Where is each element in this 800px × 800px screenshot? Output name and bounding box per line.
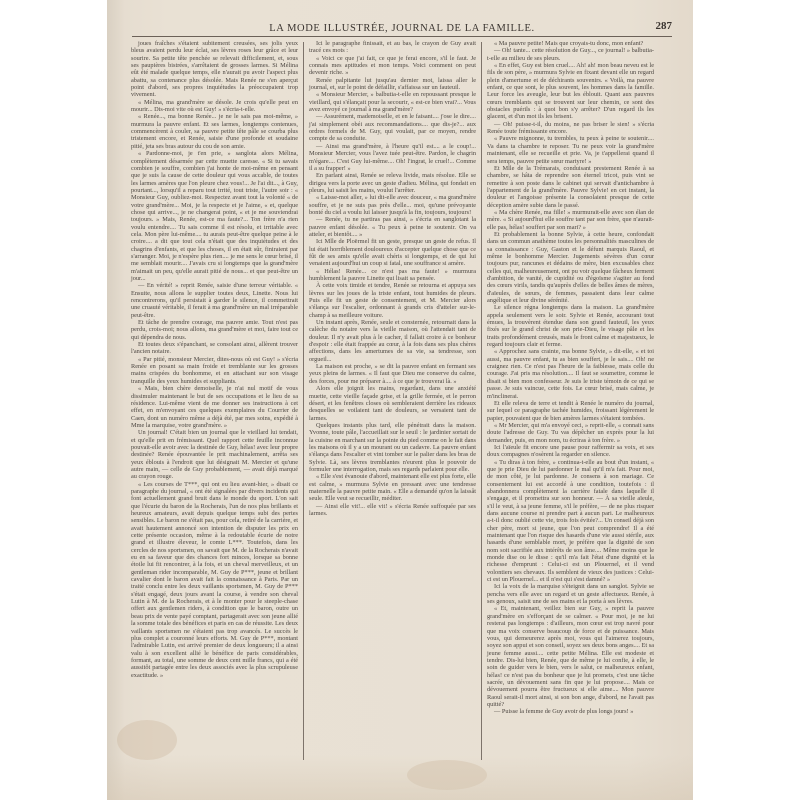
paragraph: — Assurément, mademoiselle, et en le fai…: [309, 113, 476, 142]
paragraph: Le silence régna longtemps dans la maiso…: [487, 304, 654, 348]
header-rule: [132, 36, 672, 37]
paragraph: Et tâche de prendre courage, ma pauvre a…: [131, 319, 298, 341]
page-header: LA MODE ILLUSTRÉE, JOURNAL DE LA FAMILLE…: [132, 18, 672, 36]
paragraph: Un journal! C'était bien un journal que …: [131, 429, 298, 480]
paragraph: « Et, maintenant, veillez bien sur Guy, …: [487, 605, 654, 708]
paragraph: « Pauvre mignonne, tu trembles, tu peux …: [487, 135, 654, 164]
column-2: Ici le paragraphe finissait, et au bas, …: [306, 40, 479, 760]
paragraph: « Monsieur Mercier, » balbutia-t-elle en…: [309, 91, 476, 113]
paragraph: « Mais, bien chère demoiselle, je n'ai n…: [131, 385, 298, 429]
paragraph: Et probablement la bonne Sylvie, à cette…: [487, 231, 654, 304]
page-number: 287: [656, 20, 673, 32]
paragraph: joues fraîches s'étaient subitement creu…: [131, 40, 298, 99]
paragraph: « Renée..., ma bonne Renée... je ne le s…: [131, 113, 298, 150]
paragraph: — Oh! tante... cette résolution de Guy..…: [487, 47, 654, 62]
paragraph: « Hélas! Renée... ce n'est pas ma faute!…: [309, 268, 476, 283]
paragraph: « En effet, Guy est bien cruel.... Ah! a…: [487, 62, 654, 121]
paragraph: « Elle s'est évanouie d'abord, maintenan…: [309, 473, 476, 502]
paragraph: « Pardonne-moi, je t'en prie, » sanglota…: [131, 150, 298, 282]
paragraph: — Ainsi ma grand'mère, à l'heure qu'il e…: [309, 143, 476, 172]
paragraph: La maison est proche, » se dit la pauvre…: [309, 363, 476, 385]
column-divider: [303, 42, 304, 760]
paragraph: Ici la voix de la marquise s'éteignit da…: [487, 583, 654, 605]
running-title: LA MODE ILLUSTRÉE, JOURNAL DE LA FAMILLE…: [132, 23, 672, 34]
paragraph: — Oh! puisse-t-il, du moins, ne pas bris…: [487, 121, 654, 136]
paragraph: « Voici ce que j'ai fait, ce que je fera…: [309, 55, 476, 77]
paragraph: Et elle releva de terre et tendit à René…: [487, 400, 654, 422]
paragraph: « Approchez sans crainte, ma bonne Sylvi…: [487, 348, 654, 399]
paragraph: « Mr Mercier, qui m'a envoyé ceci, » rep…: [487, 422, 654, 444]
column-1: joues fraîches s'étaient subitement creu…: [128, 40, 301, 760]
paragraph: « Ma pauvre petite! Mais que croyais-tu …: [487, 40, 654, 47]
paragraph: Ici Mlle de Ploërmel fit un geste, presq…: [309, 238, 476, 267]
paragraph: En parlant ainsi, Renée se releva livide…: [309, 172, 476, 194]
paragraph: « Ma chère Renée, ma fille! » murmurait-…: [487, 209, 654, 231]
paragraph: Et toutes deux s'épanchant, se consolant…: [131, 341, 298, 356]
paragraph: — Ainsi elle vit!... elle vit! » s'écria…: [309, 503, 476, 518]
paragraph: Un instant après, Renée, seule et conste…: [309, 319, 476, 363]
paragraph: « Par pitié, monsieur Mercier, dites-nou…: [131, 356, 298, 385]
paragraph: « Tu diras à ton frère, » continua-t-ell…: [487, 459, 654, 584]
paragraph: Ici l'aïeule fit encore une pause pour r…: [487, 444, 654, 459]
text-columns: joues fraîches s'étaient subitement creu…: [132, 40, 672, 760]
paragraph: Et Mlle de la Trémarais, conduisant pres…: [487, 165, 654, 209]
paragraph: Renée palpitante lut jusqu'au dernier mo…: [309, 77, 476, 92]
column-divider: [481, 42, 482, 760]
paragraph: Ici le paragraphe finissait, et au bas, …: [309, 40, 476, 55]
paragraph: — En vérité! » reprit Renée, saisie d'un…: [131, 282, 298, 319]
paragraph: « Laisse-moi aller, » lui dit-elle avec …: [309, 194, 476, 216]
paragraph: Alors elle joignit les mains, regardant,…: [309, 385, 476, 422]
paragraph: — Puisse la femme de Guy avoir de plus l…: [487, 708, 654, 715]
paragraph: Quelques instants plus tard, elle pénétr…: [309, 422, 476, 473]
paragraph: « Mélina, ma grand'mère se désole. Je cr…: [131, 99, 298, 114]
paragraph: « Les courses de T***, qui ont eu lieu a…: [131, 481, 298, 679]
column-3: « Ma pauvre petite! Mais que croyais-tu …: [484, 40, 657, 760]
paragraph: À cette voix timide et tendre, Renée se …: [309, 282, 476, 319]
paragraph: — Renée, tu ne partiras pas ainsi, » s'é…: [309, 216, 476, 238]
age-stain: [407, 760, 487, 790]
